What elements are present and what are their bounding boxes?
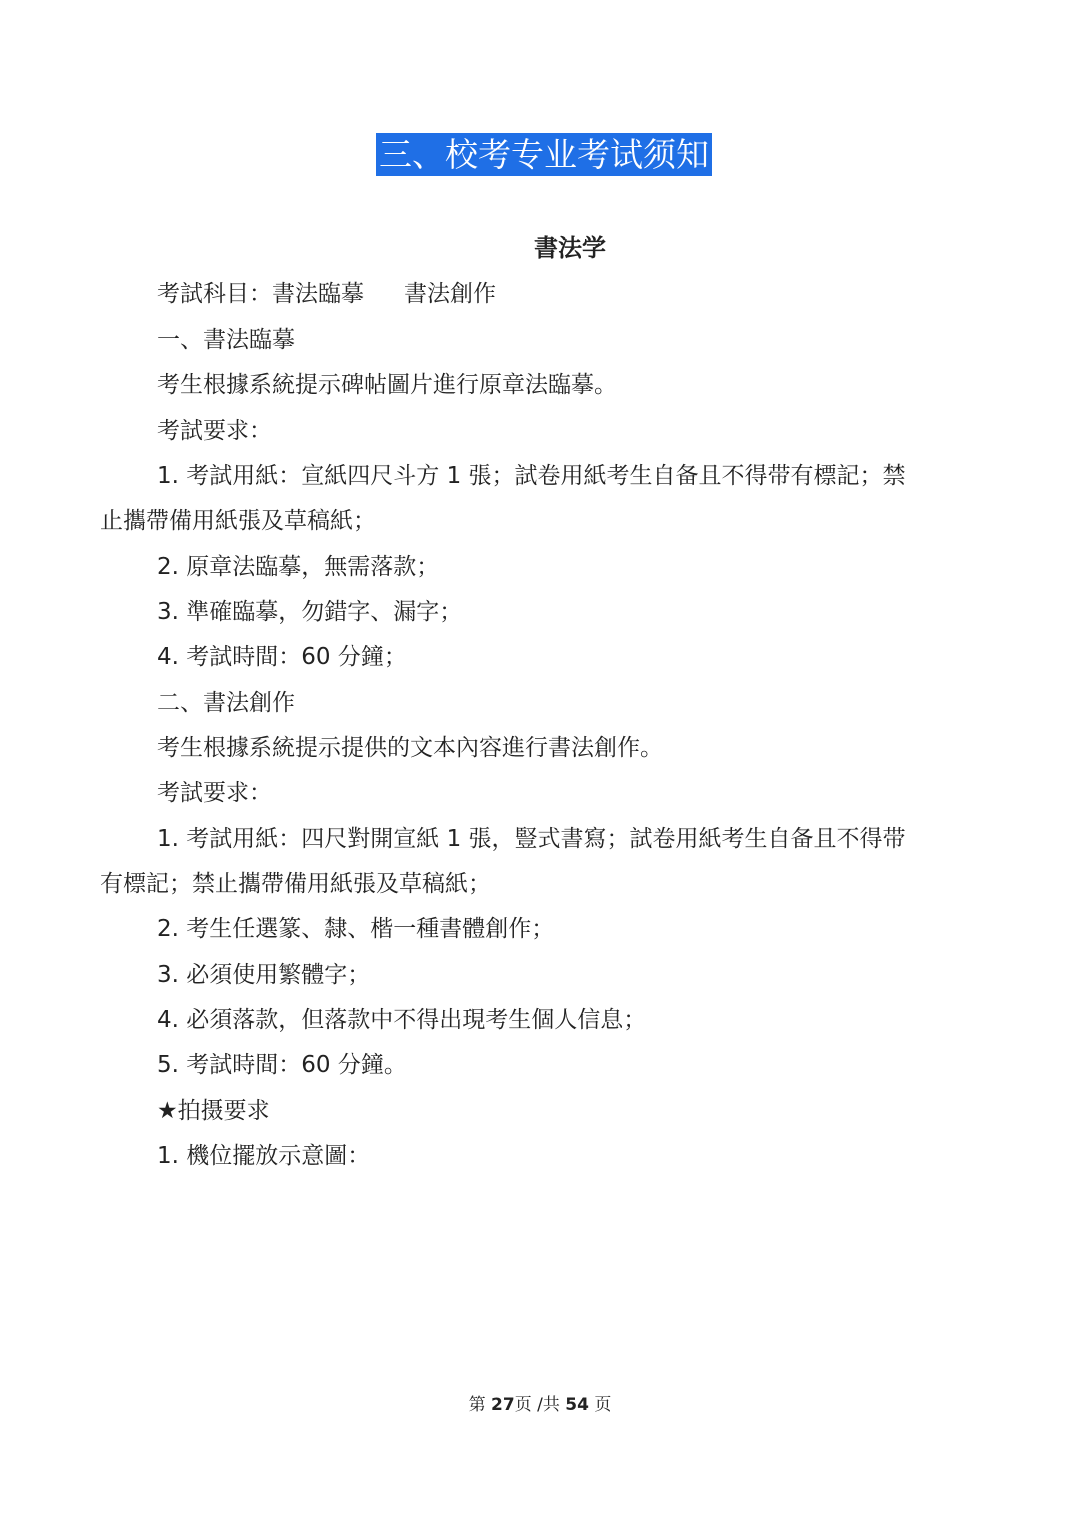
exam-subjects-line: 考試科目：書法臨摹書法創作: [157, 279, 496, 309]
part1-requirement-1-cont: 止攜帶備用紙張及草稿紙；: [100, 506, 376, 536]
part2-requirements-label: 考試要求：: [157, 778, 272, 808]
part2-heading: 二、書法創作: [157, 688, 295, 718]
section-title: 三、校考专业考试须知: [376, 133, 712, 176]
exam-subject-item: 書法臨摹: [272, 281, 364, 307]
part1-intro: 考生根據系統提示碑帖圖片進行原章法臨摹。: [157, 370, 617, 400]
exam-subject-item: 書法創作: [404, 281, 496, 307]
part1-heading: 一、書法臨摹: [157, 325, 295, 355]
footer-middle: 页 /共: [515, 1395, 566, 1415]
part2-requirement-3: 3. 必須使用繁體字；: [157, 960, 370, 990]
part1-requirement-1: 1. 考試用紙：宣紙四尺斗方 1 張；試卷用紙考生自备且不得带有標記；禁: [157, 461, 906, 491]
part1-requirement-2: 2. 原章法臨摹，無需落款；: [157, 552, 439, 582]
total-pages-number: 54: [565, 1395, 589, 1415]
part1-requirement-4: 4. 考試時間：60 分鐘；: [157, 642, 407, 672]
page-footer: 第 27页 /共 54 页: [0, 1393, 1080, 1417]
footer-suffix: 页: [589, 1395, 611, 1415]
part2-requirement-4: 4. 必須落款，但落款中不得出現考生個人信息；: [157, 1005, 646, 1035]
exam-subjects-label: 考試科目：: [157, 281, 272, 307]
photo-requirement-1: 1. 機位擺放示意圖：: [157, 1141, 370, 1171]
part1-requirement-3: 3. 準確臨摹，勿錯字、漏字；: [157, 597, 462, 627]
subject-title: 書法学: [0, 232, 1080, 264]
photo-requirements-heading: ★拍摄要求: [157, 1096, 270, 1126]
current-page-number: 27: [491, 1395, 515, 1415]
footer-prefix: 第: [469, 1395, 491, 1415]
part2-requirement-1-cont: 有標記；禁止攜帶備用紙張及草稿紙；: [100, 869, 491, 899]
part2-requirement-2: 2. 考生任選篆、隸、楷一種書體創作；: [157, 914, 554, 944]
part2-requirement-1: 1. 考試用紙：四尺對開宣紙 1 張，豎式書寫；試卷用紙考生自备且不得带: [157, 824, 906, 854]
part2-intro: 考生根據系統提示提供的文本內容進行書法創作。: [157, 733, 663, 763]
part2-requirement-5: 5. 考試時間：60 分鐘。: [157, 1050, 407, 1080]
part1-requirements-label: 考試要求：: [157, 416, 272, 446]
